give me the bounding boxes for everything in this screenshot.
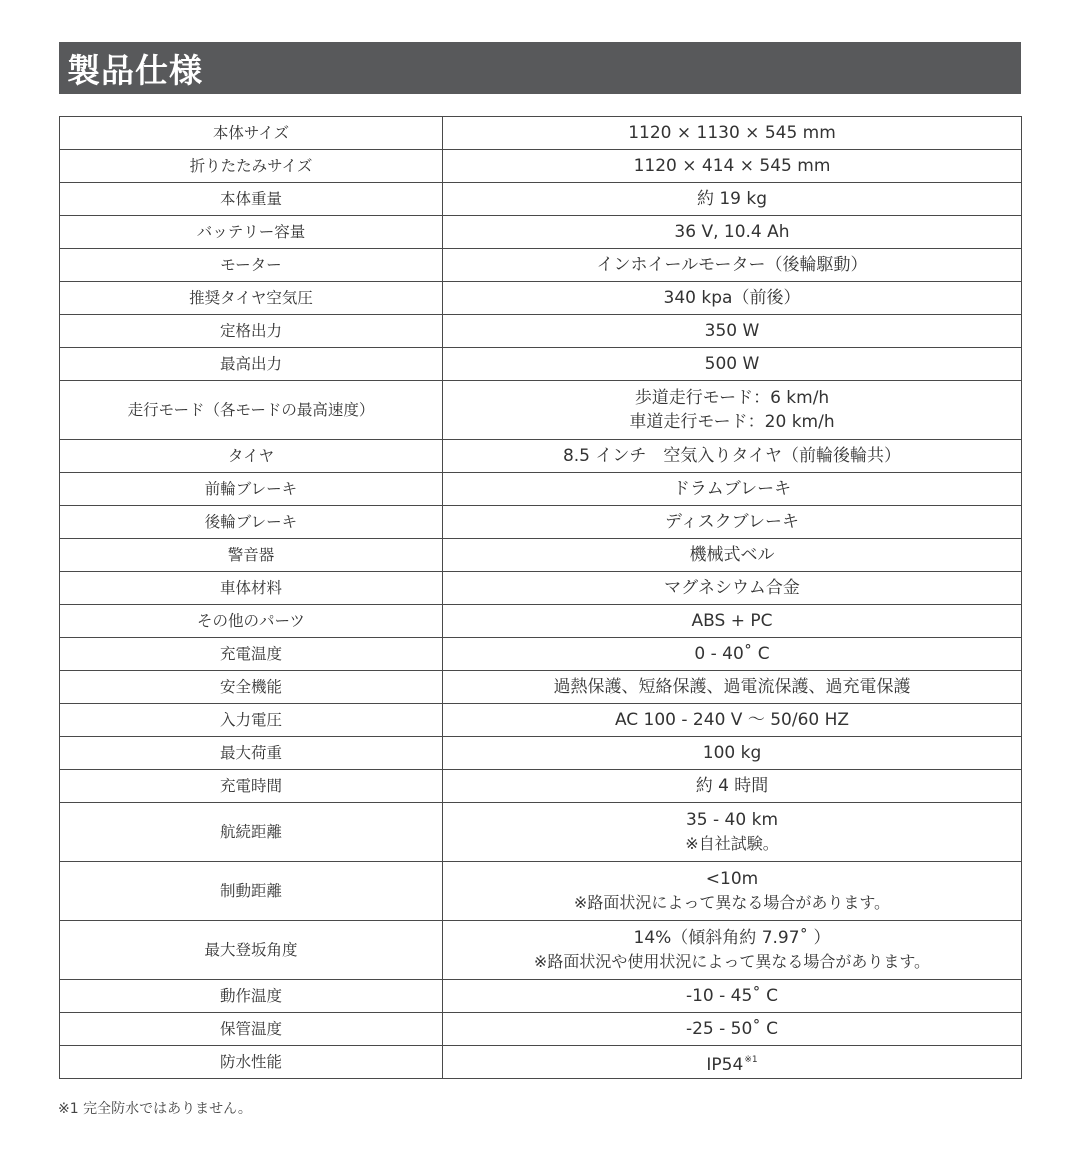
spec-value-line: 歩道走行モード：6 km/h [443,386,1021,410]
spec-label: 制動距離 [60,862,443,921]
table-row: 警音器 機械式ベル [60,539,1022,572]
spec-value: 0 - 40˚ C [443,638,1022,671]
table-row: 前輪ブレーキ ドラムブレーキ [60,473,1022,506]
spec-value: 100 kg [443,737,1022,770]
table-row: タイヤ 8.5 インチ 空気入りタイヤ（前輪後輪共） [60,440,1022,473]
spec-value-line: 車道走行モード：20 km/h [443,410,1021,434]
spec-label: 定格出力 [60,315,443,348]
table-row: 制動距離 <10m ※路面状況によって異なる場合があります。 [60,862,1022,921]
table-row: 本体重量 約 19 kg [60,183,1022,216]
spec-value: ABS + PC [443,605,1022,638]
table-row: 入力電圧 AC 100 - 240 V ～ 50/60 HZ [60,704,1022,737]
spec-label: 保管温度 [60,1013,443,1046]
spec-label: 後輪ブレーキ [60,506,443,539]
spec-label: 入力電圧 [60,704,443,737]
table-row: 定格出力 350 W [60,315,1022,348]
spec-label: バッテリー容量 [60,216,443,249]
spec-label: 最大登坂角度 [60,921,443,980]
table-row: 走行モード（各モードの最高速度） 歩道走行モード：6 km/h 車道走行モード：… [60,381,1022,440]
table-row: 保管温度 -25 - 50˚ C [60,1013,1022,1046]
spec-value: -10 - 45˚ C [443,980,1022,1013]
table-row: 動作温度 -10 - 45˚ C [60,980,1022,1013]
spec-label: 充電時間 [60,770,443,803]
spec-value: 過熱保護、短絡保護、過電流保護、過充電保護 [443,671,1022,704]
spec-label: 充電温度 [60,638,443,671]
page-title: 製品仕様 [59,45,203,92]
spec-label: 最高出力 [60,348,443,381]
spec-label: その他のパーツ [60,605,443,638]
table-row: 推奨タイヤ空気圧 340 kpa（前後） [60,282,1022,315]
spec-value: 35 - 40 km ※自社試験。 [443,803,1022,862]
spec-label: 折りたたみサイズ [60,150,443,183]
spec-value: <10m ※路面状況によって異なる場合があります。 [443,862,1022,921]
footnote-reference: ※1 [744,1055,757,1065]
spec-value: 機械式ベル [443,539,1022,572]
table-row: 充電時間 約 4 時間 [60,770,1022,803]
spec-value-line: 35 - 40 km [443,808,1021,832]
spec-label: 走行モード（各モードの最高速度） [60,381,443,440]
spec-value: マグネシウム合金 [443,572,1022,605]
spec-value: 約 19 kg [443,183,1022,216]
table-row: その他のパーツ ABS + PC [60,605,1022,638]
spec-value: 8.5 インチ 空気入りタイヤ（前輪後輪共） [443,440,1022,473]
spec-value: IP54※1 [443,1046,1022,1079]
section-header: 製品仕様 [59,42,1021,94]
table-row: 航続距離 35 - 40 km ※自社試験。 [60,803,1022,862]
table-row: 本体サイズ 1120 × 1130 × 545 mm [60,117,1022,150]
spec-value: 500 W [443,348,1022,381]
spec-value: 340 kpa（前後） [443,282,1022,315]
spec-value: 14%（傾斜角約 7.97˚ ） ※路面状況や使用状況によって異なる場合がありま… [443,921,1022,980]
spec-value-line: 14%（傾斜角約 7.97˚ ） [443,926,1021,950]
spec-value-note: ※自社試験。 [443,832,1021,856]
table-row: 充電温度 0 - 40˚ C [60,638,1022,671]
spec-value-note: ※路面状況や使用状況によって異なる場合があります。 [443,950,1021,974]
spec-value-note: ※路面状況によって異なる場合があります。 [443,891,1021,915]
table-row: 最高出力 500 W [60,348,1022,381]
spec-label: 本体重量 [60,183,443,216]
table-row: モーター インホイールモーター（後輪駆動） [60,249,1022,282]
spec-label: 防水性能 [60,1046,443,1079]
spec-value: ドラムブレーキ [443,473,1022,506]
spec-label: タイヤ [60,440,443,473]
table-row: 安全機能 過熱保護、短絡保護、過電流保護、過充電保護 [60,671,1022,704]
table-row: 車体材料 マグネシウム合金 [60,572,1022,605]
spec-label: 警音器 [60,539,443,572]
spec-label: 航続距離 [60,803,443,862]
table-row: 最大登坂角度 14%（傾斜角約 7.97˚ ） ※路面状況や使用状況によって異な… [60,921,1022,980]
spec-value: 1120 × 414 × 545 mm [443,150,1022,183]
spec-value: 1120 × 1130 × 545 mm [443,117,1022,150]
spec-label: 最大荷重 [60,737,443,770]
spec-value: 36 V, 10.4 Ah [443,216,1022,249]
spec-value: ディスクブレーキ [443,506,1022,539]
spec-label: モーター [60,249,443,282]
table-row: バッテリー容量 36 V, 10.4 Ah [60,216,1022,249]
spec-value: AC 100 - 240 V ～ 50/60 HZ [443,704,1022,737]
table-row: 折りたたみサイズ 1120 × 414 × 545 mm [60,150,1022,183]
spec-value: 歩道走行モード：6 km/h 車道走行モード：20 km/h [443,381,1022,440]
spec-label: 本体サイズ [60,117,443,150]
table-row: 最大荷重 100 kg [60,737,1022,770]
spec-label: 前輪ブレーキ [60,473,443,506]
spec-value: インホイールモーター（後輪駆動） [443,249,1022,282]
spec-value: -25 - 50˚ C [443,1013,1022,1046]
spec-value: 約 4 時間 [443,770,1022,803]
footnote: ※1 完全防水ではありません。 [58,1098,252,1118]
spec-label: 安全機能 [60,671,443,704]
spec-value: 350 W [443,315,1022,348]
spec-label: 車体材料 [60,572,443,605]
spec-label: 動作温度 [60,980,443,1013]
spec-value-text: IP54 [706,1055,743,1075]
spec-value-line: <10m [443,867,1021,891]
table-row: 防水性能 IP54※1 [60,1046,1022,1079]
spec-table: 本体サイズ 1120 × 1130 × 545 mm 折りたたみサイズ 1120… [59,116,1022,1079]
table-row: 後輪ブレーキ ディスクブレーキ [60,506,1022,539]
spec-label: 推奨タイヤ空気圧 [60,282,443,315]
